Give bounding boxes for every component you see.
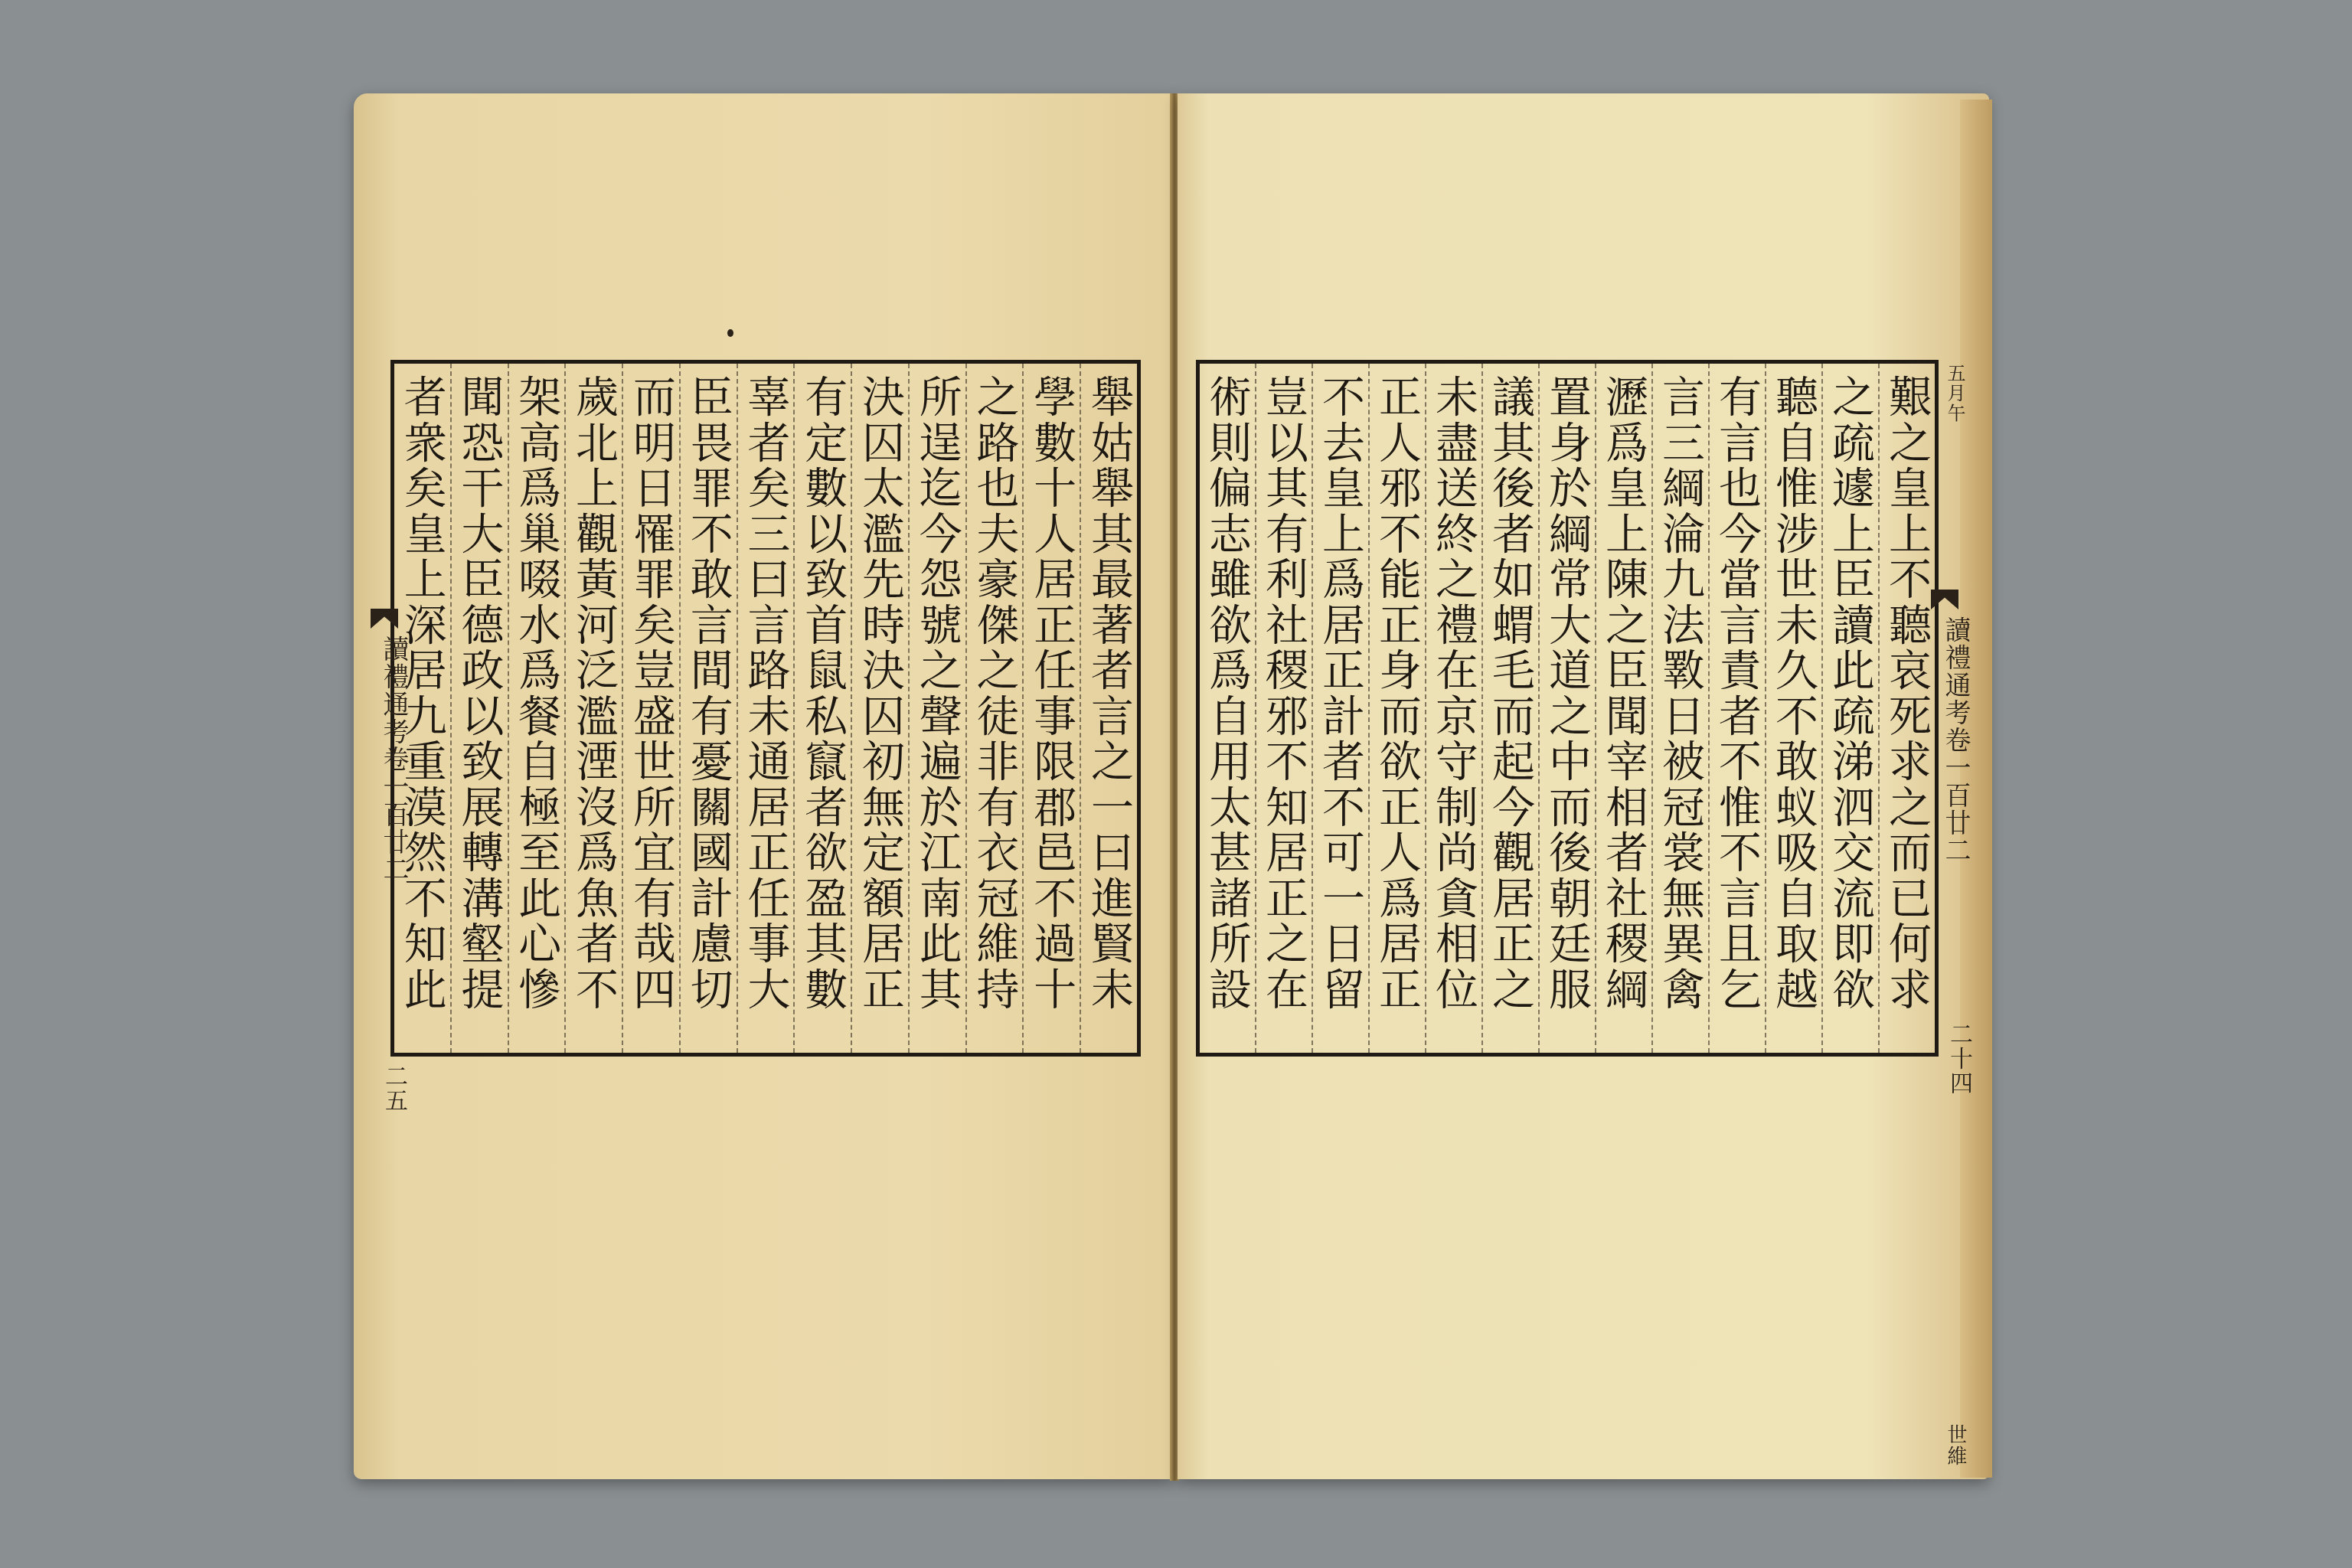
text-column: 之疏遽上臣讀此疏涕泗交流即欲竭盡血誠冒干天	[1821, 364, 1878, 1053]
text-column: 瀝爲皇上陳之臣聞宰相者社稷綱常所攸賴者也必	[1595, 364, 1651, 1053]
banxin-title-left: 讀禮通考卷一百廿二	[375, 635, 413, 884]
text-column: 艱之皇上不聽哀死求之而已何求歸之情未切暫留	[1878, 364, 1935, 1053]
text-column: 言三綱淪九法斁日被冠裳無異禽獸敢置身斧鉞披	[1651, 364, 1708, 1053]
text-column: 舉姑舉其最著者言之一曰進賢未廣先朝各郡邑進	[1080, 364, 1137, 1053]
text-column: 歲北上觀黃河泛濫湮沒爲魚者不知凡幾僅有存者	[564, 364, 622, 1053]
text-column: 議其後者如蝟毛而起今觀居正之於父也憑棺涙眞	[1481, 364, 1538, 1053]
text-column: 學數十人居正任事限郡邑不過十六七人是阻進賢	[1022, 364, 1080, 1053]
text-column: 而明日罹罪矣豈盛世所宜有哉四曰民隱未周臣先	[622, 364, 679, 1053]
banxin-title-right: 讀禮通考卷一百廿二	[1937, 616, 1975, 864]
text-column: 之路也夫豪傑之徒非有衣冠維持之不羈之才必有	[965, 364, 1023, 1053]
ink-speck	[727, 329, 733, 337]
text-column: 有言也今當言責者不惟不言且乞留矣臣復默而不	[1708, 364, 1765, 1053]
text-column: 決囚太濫先時決囚初無定額居正任事限各省決囚	[851, 364, 908, 1053]
text-column: 臣畏罪不敢言間有憂關國計慮切民瘼者今日陳之	[679, 364, 737, 1053]
page-number-right: 二十四	[1942, 1022, 1975, 1096]
text-column: 所逞迄今怨號之聲遍於江南此其遺禍何如也二曰	[908, 364, 965, 1053]
left-text-frame: 舉姑舉其最著者言之一曰進賢未廣先朝各郡邑進 學數十人居正任事限郡邑不過十六七人是…	[390, 360, 1141, 1057]
header-note-right: 五月午	[1942, 364, 1968, 423]
text-column: 正人邪不能正身而欲正人爲居正計者不可一日而	[1368, 364, 1425, 1053]
text-column: 聽自惟涉世未久不敢蚁吸自取越職蓋冀當言責者	[1765, 364, 1821, 1053]
text-column: 架高爲巢啜水爲餐自極至此心慘魂飛有司不以秦	[508, 364, 565, 1053]
footer-note-right: 世維	[1942, 1424, 1970, 1467]
text-column: 聞恐干大臣德政以致展轉溝壑提妻攜子散之四方	[450, 364, 508, 1053]
text-column: 有定數以致首鼠私竄者欲盈其數以免罰有濫及無	[793, 364, 851, 1053]
text-column: 不去皇上爲居正計者不可一日留矣皇上留之者	[1312, 364, 1368, 1053]
text-column: 未盡送終之禮在京守制尚貪相位之尊果能正身而	[1425, 364, 1481, 1053]
text-column: 術則偏志雖欲爲自用太甚諸所設施乖張者難以數	[1200, 364, 1255, 1053]
text-column: 豈以其有利社稷邪不知居正之在位也才雖可爲學	[1255, 364, 1312, 1053]
text-column: 辜者矣三曰言路未通居正任事大臣持祿不敢言小	[737, 364, 794, 1053]
text-column: 置身於綱常大道之中而後朝廷服萬民懷一有不善	[1538, 364, 1595, 1053]
page-number-left: 二五	[377, 1064, 410, 1113]
right-text-frame: 艱之皇上不聽哀死求之而已何求歸之情未切暫留 之疏遽上臣讀此疏涕泗交流即欲竭盡血誠…	[1196, 360, 1939, 1057]
open-book: 舉姑舉其最著者言之一曰進賢未廣先朝各郡邑進 學數十人居正任事限郡邑不過十六七人是…	[0, 0, 2352, 1568]
